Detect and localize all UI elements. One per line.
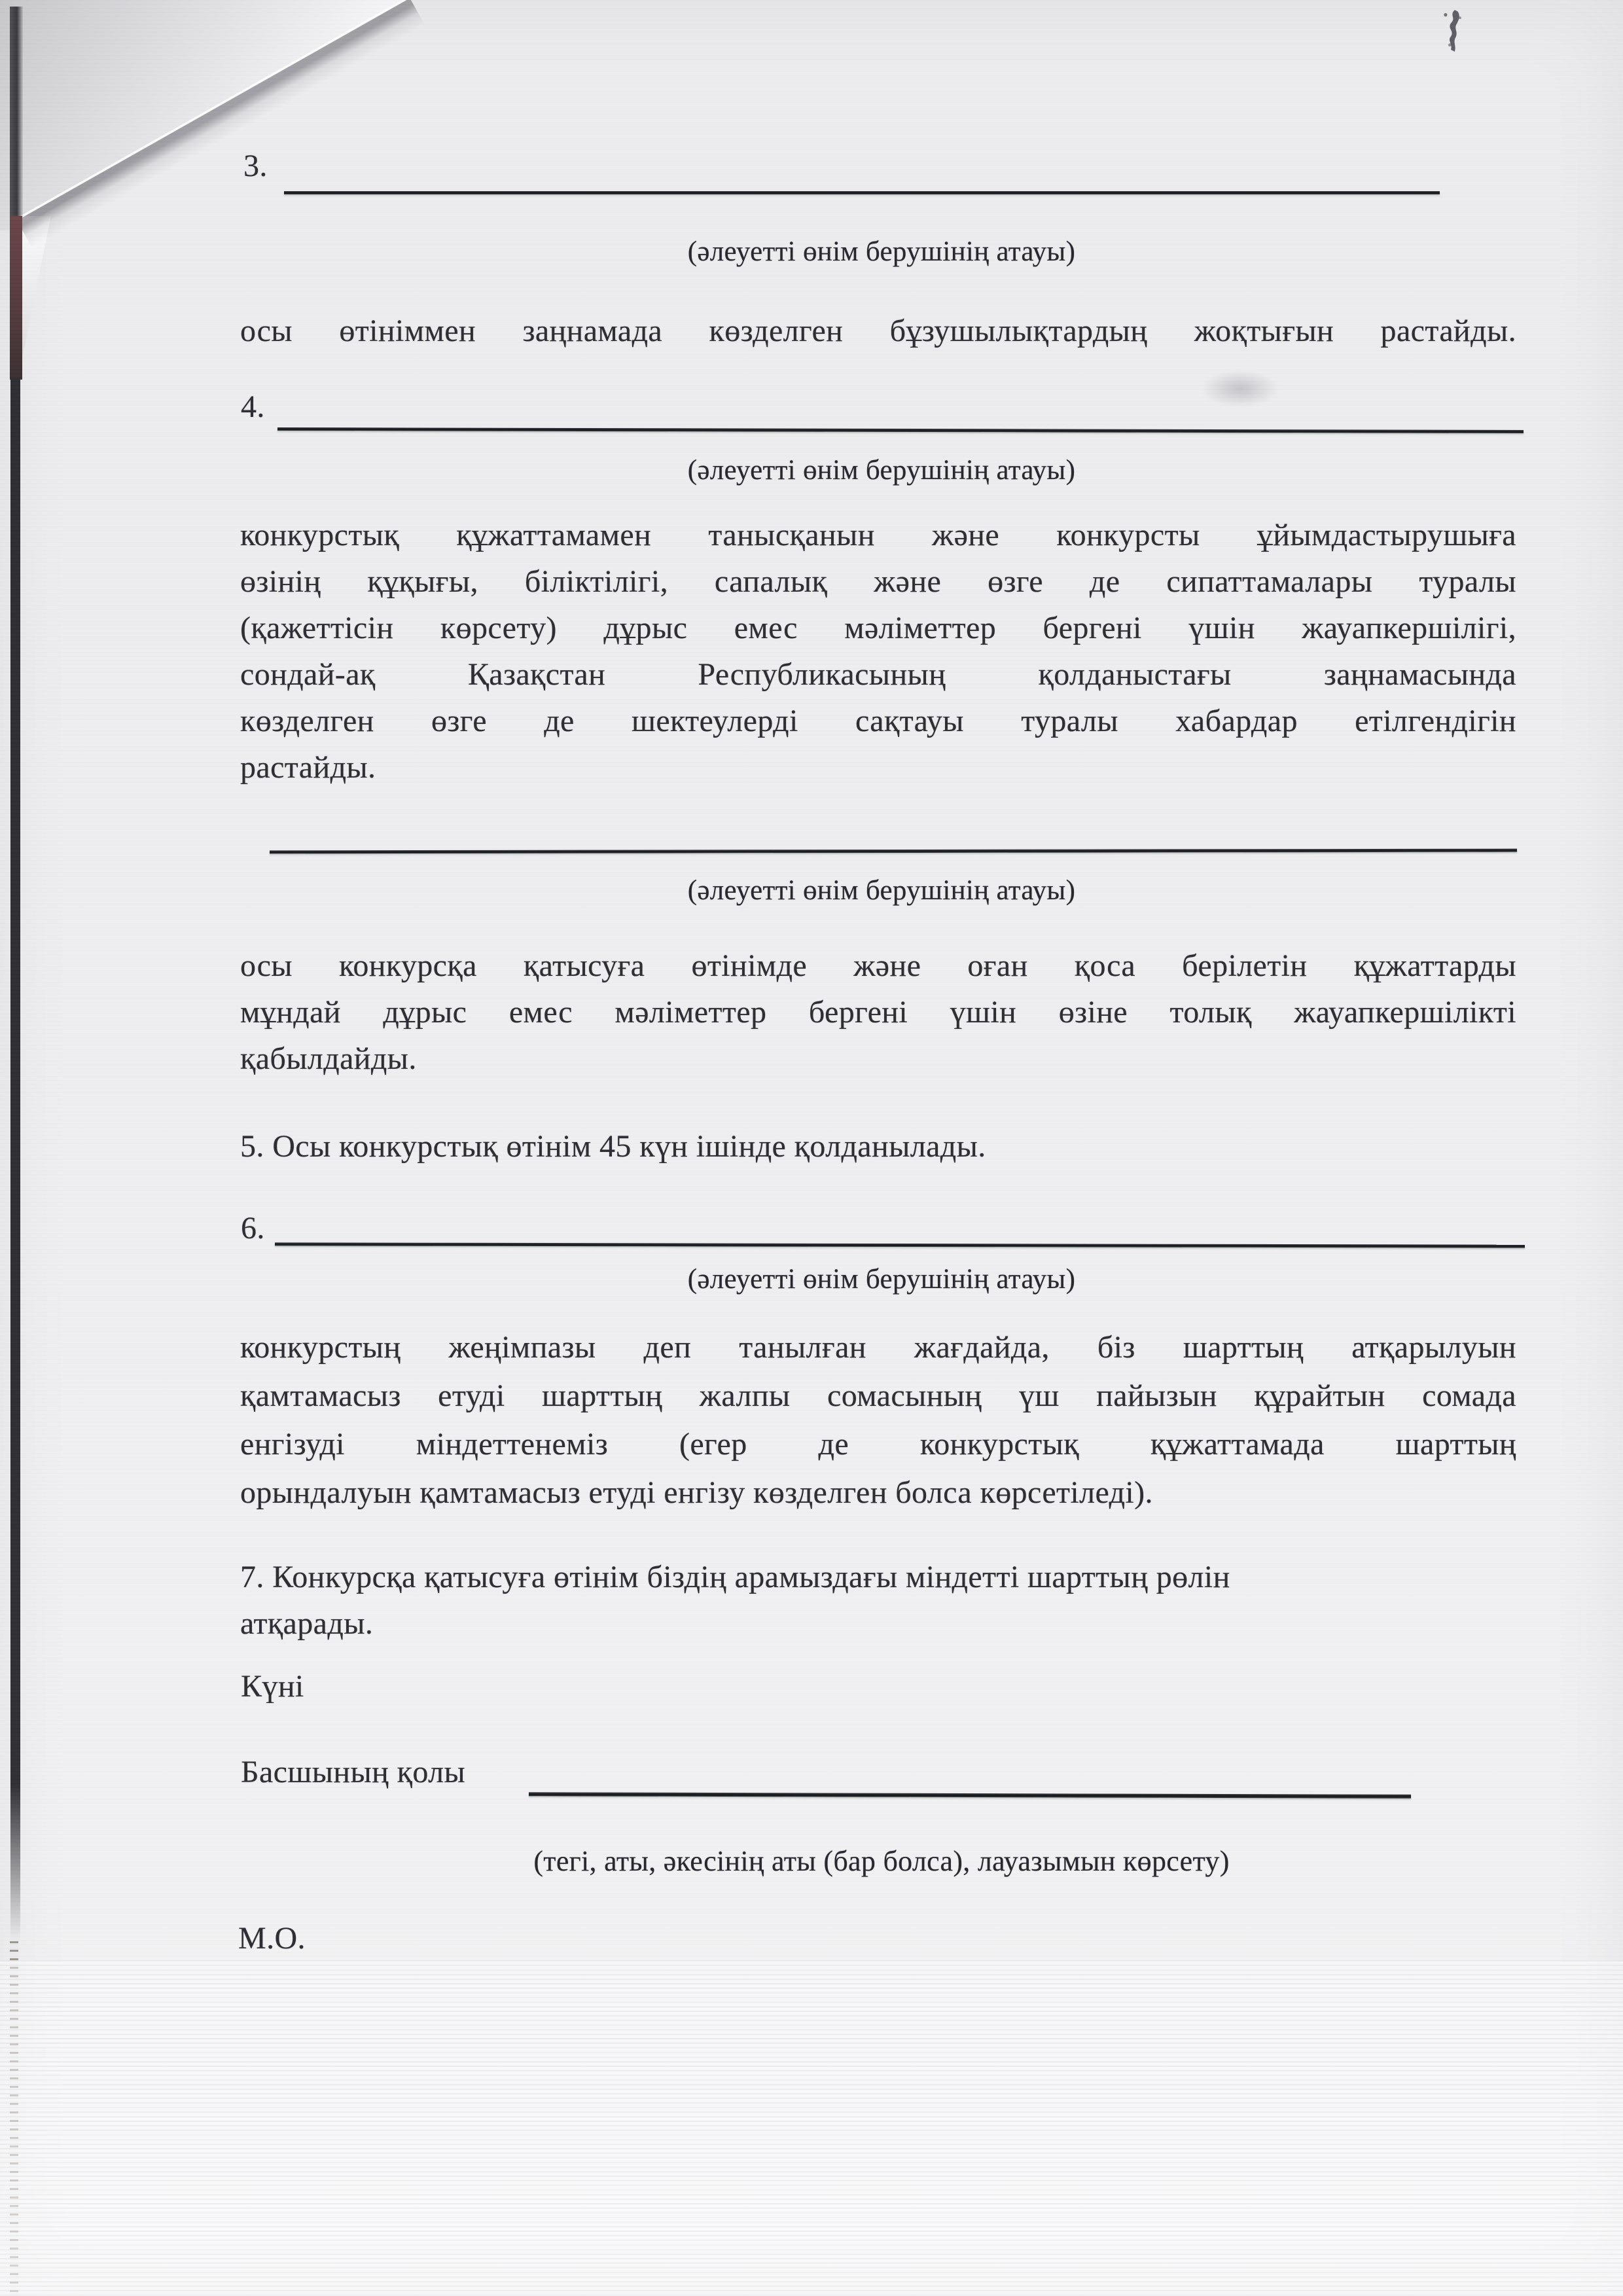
paragraph-line: конкурстық құжаттамамен танысқанын және … (240, 512, 1516, 558)
blank-line-4 (277, 427, 1524, 433)
paragraph-line: қамтамасыз етуді шарттың жалпы сомасының… (240, 1372, 1516, 1420)
signature-label: Басшының қолы (241, 1753, 465, 1792)
paragraph-line: өзінің құқығы, біліктілігі, сапалық және… (240, 558, 1516, 605)
paragraph-line: (қажеттісін көрсету) дұрыс емес мәліметт… (240, 605, 1516, 651)
paragraph-line: мұндай дұрыс емес мәліметтер бергені үші… (240, 989, 1516, 1035)
supplier-caption-1: (әлеуетті өнім берушінің атауы) (243, 236, 1520, 268)
item-3-paragraph: осы өтініммен заңнамада көзделген бұзушы… (240, 308, 1516, 354)
paragraph-line: 7. Конкурсқа қатысуға өтінім біздің арам… (240, 1554, 1516, 1600)
scanned-document-page: 3. (әлеуетті өнім берушінің атауы) осы ө… (0, 0, 1623, 2296)
scanner-edge-strip-maroon (10, 216, 22, 380)
blank-line-unnumbered (270, 849, 1517, 854)
perforation-marks (10, 1941, 18, 2296)
page-fold-artifact (0, 0, 432, 230)
item-7-paragraph: 7. Конкурсқа қатысуға өтінім біздің арам… (240, 1554, 1516, 1647)
bottom-scan-band (0, 1960, 1623, 2296)
scanner-edge-strip (10, 378, 20, 1941)
signature-caption: (тегі, аты, әкесінің аты (бар болса), ла… (243, 1844, 1520, 1878)
supplier-caption-3: (әлеуетті өнім берушінің атауы) (243, 874, 1520, 906)
item-6-paragraph: конкурстың жеңімпазы деп танылған жағдай… (240, 1323, 1516, 1517)
item-4-number: 4. (241, 387, 265, 427)
ink-blot-mark (1432, 8, 1470, 54)
supplier-caption-4: (әлеуетті өнім берушінің атауы) (243, 1263, 1520, 1295)
item-4-paragraph: конкурстық құжаттамамен танысқанын және … (240, 512, 1516, 791)
paragraph-line: енгізуді міндеттенеміз (егер де конкурст… (240, 1420, 1516, 1469)
supplier-caption-2: (әлеуетті өнім берушінің атауы) (243, 454, 1520, 486)
paragraph-line: осы өтініммен заңнамада көзделген бұзушы… (240, 308, 1516, 354)
paragraph-line: осы конкурсқа қатысуға өтінімде және оға… (240, 942, 1516, 989)
seal-label: М.О. (238, 1919, 306, 1958)
paragraph-line: конкурстың жеңімпазы деп танылған жағдай… (240, 1323, 1516, 1372)
unnumbered-paragraph: осы конкурсқа қатысуға өтінімде және оға… (240, 942, 1516, 1082)
blank-line-3 (284, 191, 1440, 194)
date-label: Күні (241, 1667, 304, 1706)
blank-line-6 (275, 1242, 1525, 1247)
scanner-edge-strip-top (10, 7, 23, 217)
signature-line (529, 1792, 1411, 1799)
item-5-text: 5. Осы конкурстық өтінім 45 күн ішінде қ… (240, 1127, 986, 1166)
paragraph-line: сондай-ақ Қазақстан Республикасының қолд… (240, 651, 1516, 698)
item-3-number: 3. (243, 147, 268, 186)
paragraph-line: көзделген өзге де шектеулерді сақтауы ту… (240, 698, 1516, 744)
item-6-number: 6. (241, 1209, 265, 1248)
paragraph-line: қабылдайды. (240, 1035, 1516, 1082)
paragraph-line: атқарады. (240, 1600, 1516, 1647)
paragraph-line: орындалуын қамтамасыз етуді енгізу көзде… (240, 1469, 1516, 1517)
paragraph-line: растайды. (240, 744, 1516, 791)
smudge-mark (1202, 370, 1279, 407)
